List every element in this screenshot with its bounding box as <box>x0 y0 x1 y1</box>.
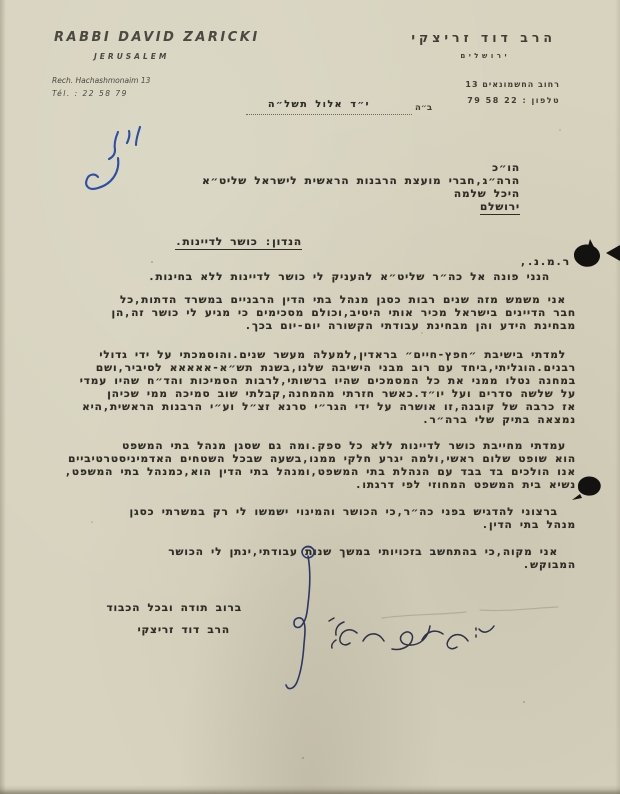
closing-signatory-name: הרב דוד זריצקי <box>138 624 230 636</box>
body-line: אני מקוה,כי בהתחשב בזכויותי במשך שנות עב… <box>168 546 576 559</box>
body-line: במחנה נטלו ממני את כל המסמכים שהיו ברשות… <box>80 375 576 388</box>
body-line: חבר הדיינים בישראל מכיר אותי היטיב,וכולם… <box>111 307 576 320</box>
paragraph-5: ברצוני להדגיש בפני כה״ר,כי הכושר והמינוי… <box>130 506 576 532</box>
ink-blob-top <box>574 239 620 267</box>
subject-label: הנדון: <box>265 236 302 248</box>
paragraph-3: למדתי בישיבת ״חפץ-חיים״ בראדין,למעלה מעש… <box>80 349 576 427</box>
paragraph-2: אני משמש מזה שנים רבות כסגן מנהל בתי הדי… <box>111 294 576 333</box>
body-line: נמצאה בתיק שלי ברה״ר. <box>80 414 576 427</box>
typed-date: י״ד אלול תשל״ה <box>268 99 370 110</box>
recipient-line: הו״כ <box>202 162 520 175</box>
letterhead-name-en: RABBI DAVID ZARICKI <box>54 30 260 45</box>
body-line: המבוקש. <box>168 559 576 572</box>
subject-value: כושר לדיינות. <box>175 236 257 248</box>
body-line: מבחינת הידע והן מבחינת עבודתי הקשורה יום… <box>111 320 576 333</box>
body-line: הוא שופט שלום ראשי,ולמה יגרע חלקי ממנו,ב… <box>65 453 576 466</box>
letterhead-address-he: רחוב החשמונאים 13 <box>465 80 560 89</box>
letterhead-name-he: הרב דוד זריצקי <box>411 30 556 45</box>
recipient-line: היכל שלמה <box>202 188 520 201</box>
ink-blob-bottom <box>572 476 601 500</box>
handwritten-filing-mark <box>86 127 140 189</box>
recipient-city: ירושלם <box>480 201 520 215</box>
letterhead-phone-en: Tél. : 22 58 79 <box>52 89 128 98</box>
body-line: אני משמש מזה שנים רבות כסגן מנהל בתי הדי… <box>111 294 576 307</box>
recipient-block: הו״כ הרה״ג,חברי מועצת הרבנות הראשית לישר… <box>202 162 520 214</box>
letterhead-phone-he: טלפון : 22 58 79 <box>467 96 560 105</box>
body-line: למדתי בישיבת ״חפץ-חיים״ בראדין,למעלה מעש… <box>80 349 576 362</box>
recipient-line: הרה״ג,חברי מועצת הרבנות הראשית לישראל של… <box>202 175 520 188</box>
body-line: רבנים.הוגליתי,ביחד עם רוב מבני הישיבה של… <box>80 362 576 375</box>
body-line: על שלשה סדרים ועל יו״ד.כאשר חזרתי מהמחנה… <box>80 388 576 401</box>
paragraph-1: הנני פונה אל כה״ר שליט״א להעניק לי כושר … <box>148 271 550 284</box>
handwritten-note <box>329 618 494 650</box>
letterhead-address-en: Rech. Hachashmonaim 13 <box>52 76 150 85</box>
faint-pencil-scrawl <box>382 607 558 618</box>
letterhead-city-en: JERUSALEM <box>94 52 169 61</box>
salutation: ר.מ.נ., <box>520 256 570 268</box>
subject-line: הנדון: כושר לדיינות. <box>175 236 302 248</box>
paragraph-6: אני מקוה,כי בהתחשב בזכויותי במשך שנות עב… <box>168 546 576 572</box>
body-line: אנו הולכים בד בבד עם הנהלת בתי המשפט,ומנ… <box>65 466 576 479</box>
scanned-letter-page: RABBI DAVID ZARICKI JERUSALEM Rech. Hach… <box>0 0 620 794</box>
body-line: ברצוני להדגיש בפני כה״ר,כי הכושר והמינוי… <box>130 506 576 519</box>
closing-phrase: ברוב תודה ובכל הכבוד <box>106 602 242 614</box>
paragraph-4: עמדתי מחייבת כושר לדיינות ללא כל ספק.ומה… <box>65 440 576 492</box>
body-line: אז כרבה של קובנה,זו אושרה על ידי הגר״י ס… <box>80 401 576 414</box>
letterhead-city-he: ירושלים <box>460 52 510 60</box>
body-line: מנהל בתי הדין. <box>130 519 576 532</box>
body-line: הנני פונה אל כה״ר שליט״א להעניק לי כושר … <box>148 271 550 284</box>
body-line: נשיא בית המשפט המחוזי לפי דרגתו. <box>65 479 576 492</box>
body-line: עמדתי מחייבת כושר לדיינות ללא כל ספק.ומה… <box>65 440 576 453</box>
bsd-mark: ב״ה <box>415 103 432 113</box>
